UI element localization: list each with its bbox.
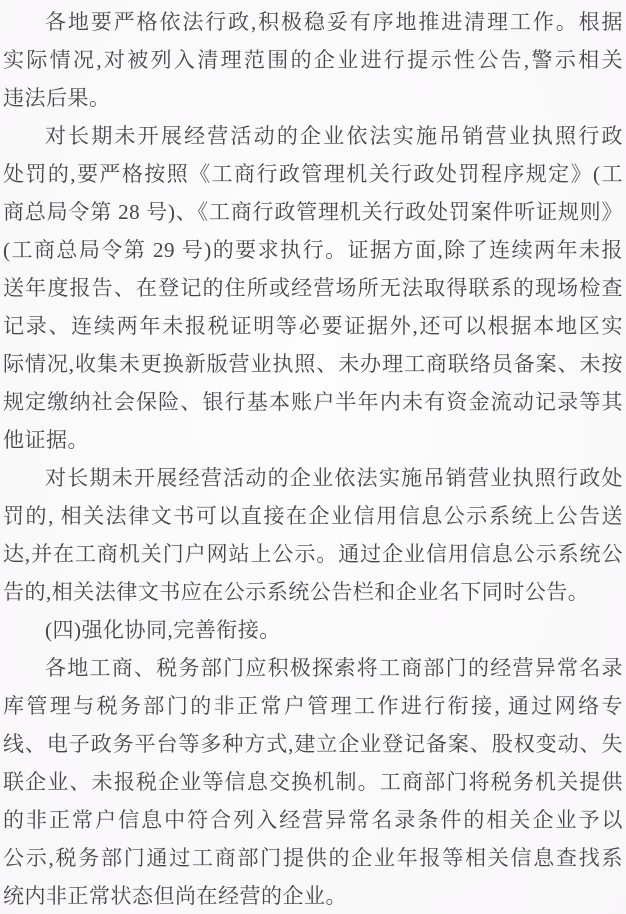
document-line: 告的,相关法律文书应在公示系统公告栏和企业名下同时公告。 xyxy=(3,573,623,611)
document-line: 线、电子政务平台等多种方式,建立企业登记备案、股权变动、失 xyxy=(3,725,623,763)
document-line: 对长期未开展经营活动的企业依法实施吊销营业执照行政 xyxy=(3,117,623,155)
document-line: 对长期未开展经营活动的企业依法实施吊销营业执照行政处 xyxy=(3,459,623,497)
document-line: 他证据。 xyxy=(3,421,623,459)
document-line: 规定缴纳社会保险、银行基本账户半年内未有资金流动记录等其 xyxy=(3,383,623,421)
document-line: 实际情况,对被列入清理范围的企业进行提示性公告,警示相关 xyxy=(3,41,623,79)
document-line: 的非正常户信息中符合列入经营异常名录条件的相关企业予以 xyxy=(3,801,623,839)
document-line: 际情况,收集未更换新版营业执照、未办理工商联络员备案、未按 xyxy=(3,345,623,383)
document-line: 公示,税务部门通过工商部门提供的企业年报等相关信息查找系 xyxy=(3,839,623,877)
document-line: 各地工商、税务部门应积极探索将工商部门的经营异常名录 xyxy=(3,649,623,687)
document-page: 各地要严格依法行政,积极稳妥有序地推进清理工作。根据实际情况,对被列入清理范围的… xyxy=(0,0,626,914)
document-line: 商总局令第 28 号)、《工商行政管理机关行政处罚案件听证规则》 xyxy=(3,193,623,231)
document-line: 各地要严格依法行政,积极稳妥有序地推进清理工作。根据 xyxy=(3,3,623,41)
document-body: 各地要严格依法行政,积极稳妥有序地推进清理工作。根据实际情况,对被列入清理范围的… xyxy=(3,3,623,914)
document-line: 统内非正常状态但尚在经营的企业。 xyxy=(3,877,623,914)
document-line: 送年度报告、在登记的住所或经营场所无法取得联系的现场检查 xyxy=(3,269,623,307)
document-line: (四)强化协同,完善衔接。 xyxy=(3,611,623,649)
document-line: 处罚的,要严格按照《工商行政管理机关行政处罚程序规定》(工 xyxy=(3,155,623,193)
document-line: 库管理与税务部门的非正常户管理工作进行衔接, 通过网络专 xyxy=(3,687,623,725)
document-line: 联企业、未报税企业等信息交换机制。工商部门将税务机关提供 xyxy=(3,763,623,801)
document-line: 罚的, 相关法律文书可以直接在企业信用信息公示系统上公告送 xyxy=(3,497,623,535)
document-line: 达,并在工商机关门户网站上公示。通过企业信用信息公示系统公 xyxy=(3,535,623,573)
document-line: 记录、连续两年未报税证明等必要证据外,还可以根据本地区实 xyxy=(3,307,623,345)
document-line: (工商总局令第 29 号)的要求执行。证据方面,除了连续两年未报 xyxy=(3,231,623,269)
document-line: 违法后果。 xyxy=(3,79,623,117)
